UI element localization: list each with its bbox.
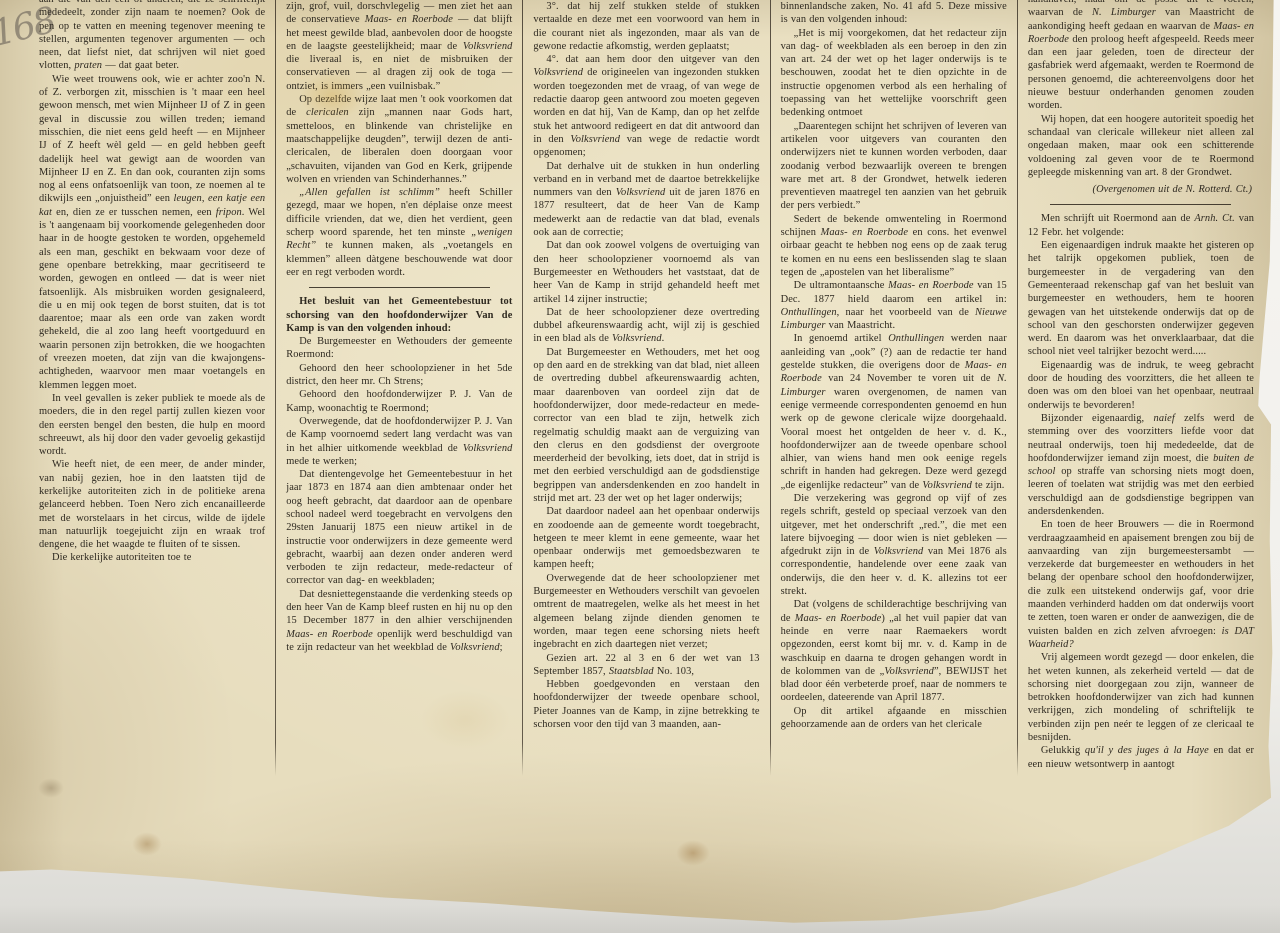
paragraph: Dat desniettegenstaande die verdenking s… (286, 588, 512, 654)
paragraph: Dat dan ook zoowel volgens de overtuigin… (533, 239, 759, 305)
paper-stain (676, 840, 710, 866)
paragraph: Dat de heer schoolopziener deze overtred… (533, 306, 759, 346)
article-separator-rule (1050, 204, 1231, 205)
paragraph: Dat Burgemeester en Wethouders, met het … (533, 346, 759, 506)
paragraph: Gezien art. 22 al 3 en 6 der wet van 13 … (533, 652, 759, 679)
column-1: aan die van den een of anderen, die ze s… (28, 0, 275, 817)
paragraph: Dat daardoor nadeel aan het openbaar ond… (533, 505, 759, 571)
paragraph: Wie weet trouwens ook, wie er achter zoo… (39, 73, 265, 392)
scanner-background: 168 aan die van den een of anderen, die … (0, 0, 1280, 933)
column-2: zijn, grof, vuil, dorschvlegelig — men z… (275, 0, 522, 817)
paragraph: Dat derhalve uit de stukken in hun onder… (533, 160, 759, 240)
paragraph: Eigenaardig was de indruk, te weeg gebra… (1028, 359, 1254, 412)
paragraph: Bijzonder eigenaardig, naief zelfs werd … (1028, 412, 1254, 518)
text-columns: aan die van den een of anderen, die ze s… (0, 0, 1280, 817)
paragraph: In genoemd artikel Onthullingen werden n… (781, 332, 1007, 492)
paragraph: De ultramontaansche Maas- en Roerbode va… (781, 279, 1007, 332)
paragraph: binnenlandsche zaken, No. 41 afd 5. Deze… (781, 0, 1007, 27)
paragraph: Hebben goedgevonden en verstaan den hoof… (533, 678, 759, 731)
paragraph: Wie heeft niet, de een meer, de ander mi… (39, 458, 265, 551)
paragraph: handhaven, maar om de posse uit te voere… (1028, 0, 1254, 113)
paragraph: Men schrijft uit Roermond aan de Arnh. C… (1028, 212, 1254, 239)
paragraph: „Allen gefallen ist schlimm” heeft Schil… (286, 186, 512, 279)
paragraph: Overwegende dat de heer schoolopziener m… (533, 572, 759, 652)
paragraph: Het besluit van het Gemeentebestuur tot … (286, 295, 512, 335)
paragraph: Op dit artikel afgaande en misschien geh… (781, 705, 1007, 732)
paragraph: „Daarentegen schijnt het schrijven of le… (781, 120, 1007, 213)
paragraph: Die verzekering was gegrond op vijf of z… (781, 492, 1007, 598)
paragraph: aan die van den een of anderen, die ze s… (39, 0, 265, 73)
paragraph: 3°. dat hij zelf stukken stelde of stukk… (533, 0, 759, 53)
paragraph: Dat (volgens de schilderachtige beschrij… (781, 598, 1007, 704)
paragraph: Een eigenaardigen indruk maakte het gist… (1028, 239, 1254, 359)
paper-stain (132, 832, 162, 856)
paragraph: In veel gevallen is zeker publiek te moe… (39, 392, 265, 458)
paragraph: Wij hopen, dat een hoogere autoriteit sp… (1028, 113, 1254, 179)
paragraph: (Overgenomen uit de N. Rotterd. Ct.) (1028, 183, 1252, 196)
paragraph: Op dezelfde wijze laat men 't ook voorko… (286, 93, 512, 186)
paragraph: zijn, grof, vuil, dorschvlegelig — men z… (286, 0, 512, 93)
paragraph: „Het is mij voorgekomen, dat het redacte… (781, 27, 1007, 120)
article-separator-rule (309, 287, 490, 288)
column-5: handhaven, maar om de posse uit te voere… (1017, 0, 1264, 817)
paragraph: En toen de heer Brouwers — die in Roermo… (1028, 518, 1254, 651)
paragraph: Gelukkig qu'il y des juges à la Haye en … (1028, 744, 1254, 771)
column-3: 3°. dat hij zelf stukken stelde of stukk… (522, 0, 769, 817)
paragraph: Die kerkelijke autoriteiten toe te (39, 551, 265, 564)
paragraph: De Burgemeester en Wethouders der gemeen… (286, 335, 512, 362)
paragraph: 4°. dat aan hem door den uitgever van de… (533, 53, 759, 159)
paragraph: Gehoord den hoofdonderwijzer P. J. Van d… (286, 388, 512, 415)
paragraph: Dat dientengevolge het Gemeentebestuur i… (286, 468, 512, 588)
paragraph: Sedert de bekende omwenteling in Roermon… (781, 213, 1007, 279)
paragraph: Vrij algemeen wordt gezegd — door enkele… (1028, 651, 1254, 744)
paragraph: Overwegende, dat de hoofdonderwijzer P. … (286, 415, 512, 468)
paragraph: Gehoord den heer schoolopziener in het 5… (286, 362, 512, 389)
column-4: binnenlandsche zaken, No. 41 afd 5. Deze… (770, 0, 1017, 817)
newspaper-page: 168 aan die van den een of anderen, die … (0, 0, 1280, 933)
